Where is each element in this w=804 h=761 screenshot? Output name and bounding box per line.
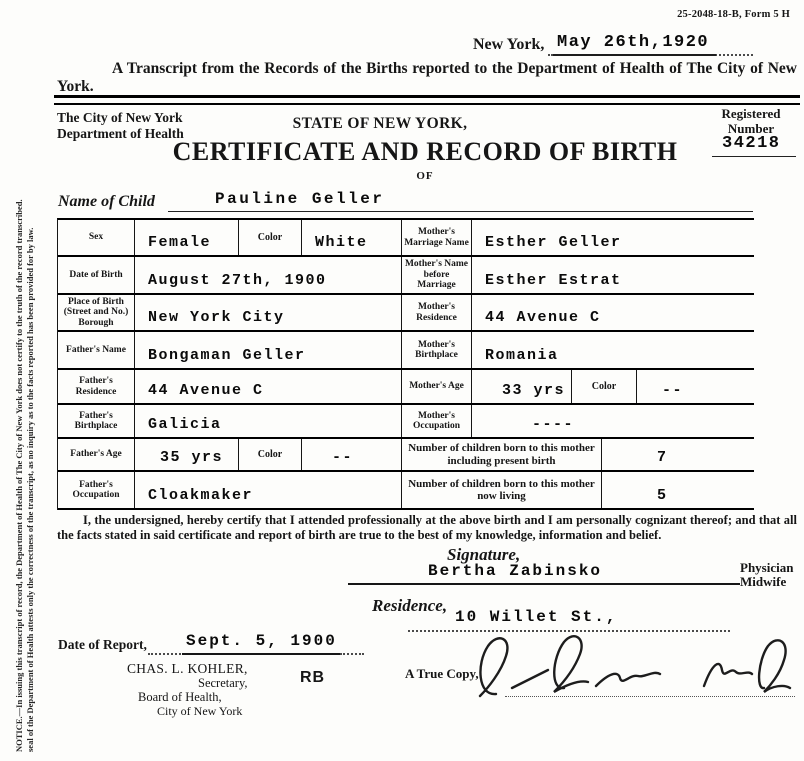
fathers-occupation-label: Father's Occupation: [58, 472, 134, 508]
child-name-value: Pauline Geller: [215, 190, 384, 208]
date-of-report-leader-dots: [148, 653, 184, 655]
date-of-report-value: Sept. 5, 1900: [186, 632, 337, 650]
mothers-birthplace-value: Romania: [471, 332, 754, 368]
birth-record-table: Sex Female Color White Mother's Marriage…: [57, 218, 754, 510]
children-including-present-value: 7: [601, 439, 754, 470]
date-of-report-label: Date of Report,: [58, 637, 147, 653]
dateline-date: May 26th,1920: [557, 33, 709, 52]
fathers-color-label: Color: [238, 439, 301, 470]
color-label: Color: [238, 220, 301, 255]
fathers-age-label: Father's Age: [58, 439, 134, 470]
physician-midwife-label: Physician Midwife: [740, 561, 793, 589]
sex-label: Sex: [58, 220, 134, 255]
transcript-note: A Transcript from the Records of the Bir…: [57, 60, 797, 95]
birth-certificate-document: NOTICE.—In issuing this transcript of re…: [0, 0, 804, 761]
mothers-residence-value: 44 Avenue C: [471, 295, 754, 330]
signature-underline: [348, 583, 740, 585]
true-copy-signature: [468, 630, 798, 713]
fathers-birthplace-label: Father's Birthplace: [58, 405, 134, 437]
color-value: White: [301, 220, 401, 255]
margin-notice: NOTICE.—In issuing this transcript of re…: [14, 10, 36, 752]
fathers-age-value: 35 yrs: [134, 439, 238, 470]
mothers-color-value: --: [636, 370, 754, 403]
mothers-age-value: 33 yrs: [471, 370, 571, 403]
registered-label-line-1: Registered: [702, 106, 800, 121]
place-of-birth-label: Place of Birth (Street and No.) Borough: [58, 295, 134, 330]
child-name-underline: [168, 211, 753, 212]
children-now-living-value: 5: [601, 472, 754, 508]
table-row-fathers-occupation: Father's Occupation Cloakmaker Number of…: [58, 472, 754, 510]
certification-statement: I, the undersigned, hereby certify that …: [57, 513, 797, 542]
residence-label: Residence,: [372, 596, 447, 616]
table-row-sex: Sex Female Color White Mother's Marriage…: [58, 220, 754, 257]
table-row-fathers-residence: Father's Residence 44 Avenue C Mother's …: [58, 370, 754, 405]
form-number: 25-2048-18-B, Form 5 H: [677, 9, 790, 20]
sex-value: Female: [134, 220, 238, 255]
table-row-fathers-name: Father's Name Bongaman Geller Mother's B…: [58, 332, 754, 370]
fathers-name-label: Father's Name: [58, 332, 134, 368]
fathers-occupation-value: Cloakmaker: [134, 472, 401, 508]
child-name-label: Name of Child: [58, 193, 155, 211]
dateline-solid-rule: [553, 54, 716, 56]
table-row-place-of-birth: Place of Birth (Street and No.) Borough …: [58, 295, 754, 332]
mothers-occupation-value: ----: [471, 405, 754, 437]
role-line-2: Midwife: [740, 575, 793, 589]
secretary-name: CHAS. L. KOHLER,: [127, 661, 248, 677]
fathers-name-value: Bongaman Geller: [134, 332, 401, 368]
dateline-place: New York,: [473, 36, 544, 54]
table-row-fathers-age: Father's Age 35 yrs Color -- Number of c…: [58, 439, 754, 472]
mothers-marriage-name-value: Esther Geller: [471, 220, 754, 255]
mothers-residence-label: Mother's Residence: [401, 295, 471, 330]
mothers-occupation-label: Mother's Occupation: [401, 405, 471, 437]
table-row-fathers-birthplace: Father's Birthplace Galicia Mother's Occ…: [58, 405, 754, 439]
state-heading: STATE OF NEW YORK,: [130, 115, 630, 133]
fathers-color-value: --: [301, 439, 401, 470]
date-of-report-underline: [182, 653, 340, 655]
initials-stamp: RB: [300, 669, 325, 687]
mothers-age-label: Mother's Age: [401, 370, 471, 403]
registered-number-label: Registered Number: [702, 106, 800, 136]
mothers-birthplace-label: Mother's Birthplace: [401, 332, 471, 368]
board-of-health-label: Board of Health,: [138, 690, 222, 705]
date-of-birth-label: Date of Birth: [58, 257, 134, 293]
fathers-residence-value: 44 Avenue C: [134, 370, 401, 403]
double-rule: [54, 95, 800, 105]
city-of-new-york-label: City of New York: [157, 704, 242, 719]
margin-notice-line-1: NOTICE.—In issuing this transcript of re…: [14, 10, 25, 752]
true-copy-underline: [505, 696, 795, 697]
signature-value: Bertha Zabinsko: [428, 562, 602, 580]
mothers-color-label: Color: [571, 370, 636, 403]
certificate-title-of: OF: [60, 170, 790, 182]
mothers-marriage-name-label: Mother's Marriage Name: [401, 220, 471, 255]
fathers-residence-label: Father's Residence: [58, 370, 134, 403]
children-now-living-label: Number of children born to this mother n…: [401, 472, 601, 508]
fathers-birthplace-value: Galicia: [134, 405, 401, 437]
residence-value: 10 Willet St.,: [455, 608, 617, 626]
place-of-birth-value: New York City: [134, 295, 401, 330]
children-including-present-label: Number of children born to this mother i…: [401, 439, 601, 470]
date-of-report-underline-tail: [340, 653, 364, 655]
mothers-name-before-marriage-label: Mother's Name before Marriage: [401, 257, 471, 293]
secretary-title: Secretary,: [198, 676, 248, 691]
certificate-title: CERTIFICATE AND RECORD OF BIRTH: [60, 137, 790, 167]
table-row-date-of-birth: Date of Birth August 27th, 1900 Mother's…: [58, 257, 754, 295]
date-of-birth-value: August 27th, 1900: [134, 257, 401, 293]
role-line-1: Physician: [740, 561, 793, 575]
mothers-name-before-marriage-value: Esther Estrat: [471, 257, 754, 293]
margin-notice-line-2: seal of the Department of Health attests…: [25, 10, 36, 752]
